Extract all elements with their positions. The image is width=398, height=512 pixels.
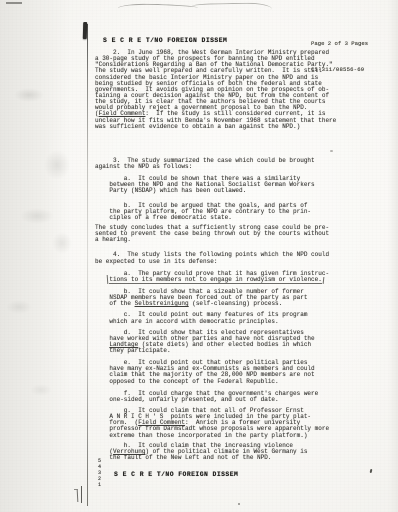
margin-digit-column: 54321 [97,458,102,488]
text-line: against the NPD as follows: [95,164,391,170]
margin-tick-mark [77,489,79,502]
text-segment: the fault of the New Left and not of the… [95,454,271,461]
paragraph-para-4e: e. It could point out that other politic… [95,360,391,385]
page-number-label: Page 2 of 3 Pages [311,40,368,49]
paragraph-para-4c: c. It could point out many features of i… [95,312,391,324]
margin-tick-mark [74,489,78,490]
text-segment: was sufficient evidence to obtain a ban … [95,123,300,130]
scanned-document-page: Page 2 of 3 Pages CS-311/08556-69 S E C … [0,0,398,512]
scan-artifact-line [192,2,272,10]
paragraph-para-4f: f. It could charge that the government's… [95,391,391,403]
text-segment: Party (NSDAP) which has been outlawed. [95,187,246,194]
scan-speck [370,469,373,473]
text-line: of the Selbstreinigung (self-cleansing) … [95,301,391,307]
paragraph-para-4b: b. It could show that a sizeable number … [95,289,391,307]
text-segment: ciples of a free democratic state. [95,214,232,221]
classification-footer: S E C R E T/NO FOREIGN DISSEM [114,471,238,478]
text-line: Party (NSDAP) which has been outlawed. [95,188,391,194]
text-line: one-sided, unfairly presented, and out o… [95,397,391,403]
text-line: ciples of a free democratic state. [95,215,391,221]
paragraph-para-4a: a. The party could prove that it has giv… [95,271,391,283]
text-segment: (self-cleansing) process. [189,300,283,307]
scan-smudge [14,88,44,102]
text-line: the fault of the New Left and not of the… [95,455,391,461]
hand-annotated-text: tions to its members not to engage in ro… [109,276,321,284]
text-segment: which are in accord with democratic prin… [95,318,279,325]
scan-artifact-dash [6,2,22,4]
text-line: opposed to the concept of the Federal Re… [95,379,391,385]
text-line: extreme than those incorporated in the p… [95,433,391,439]
paragraph-para-2: 2. In June 1968, the West German Interio… [95,50,391,130]
scan-smudge [30,384,52,396]
text-segment: a hearing. [95,236,131,243]
paragraph-para-4d: d. It could show that its elected repres… [95,330,391,355]
paragraph-para-4g: g. It could claim that not all of Profes… [95,408,391,439]
paragraph-para-3a: a. It could be shown that there was a si… [95,176,391,194]
scan-smudge [44,150,70,180]
underlined-text: Selbstreinigung [135,300,189,307]
text-line: which are in accord with democratic prin… [95,319,391,325]
scan-smudge [20,208,54,224]
scan-smudge [6,300,32,314]
text-line: be expected to use in its defense: [95,259,391,265]
text-line: they participate. [95,348,391,354]
paragraph-para-conclusion: The study concludes that a sufficiently … [95,225,391,243]
scan-artifact-line [118,3,198,13]
scan-speck [238,503,240,505]
text-segment: opposed to the concept of the Federal Re… [95,378,279,385]
text-line: a hearing. [95,237,391,243]
document-body: 2. In June 1968, the West German Interio… [95,50,391,467]
paragraph-para-4: 4. The study lists the following points … [95,252,391,264]
paragraph-para-3: 3. The study summarized the case which c… [95,158,391,170]
text-segment: of the [95,300,135,307]
margin-tick-mark [81,486,82,503]
page-fold-line [87,24,88,506]
text-segment: extreme than those incorporated in the p… [95,432,307,439]
scan-smudge [52,232,72,254]
margin-pen-stroke [83,22,87,39]
text-line: was sufficient evidence to obtain a ban … [95,124,391,130]
text-segment: one-sided, unfairly presented, and out o… [95,396,279,403]
text-line: tions to its members not to engage in ro… [95,277,391,283]
text-segment: they participate. [95,347,171,354]
classification-header: S E C R E T/NO FOREIGN DISSEM [103,37,227,44]
text-segment: against the NPD as follows: [95,163,192,170]
scan-edge-shadow-left [0,0,70,512]
paragraph-para-3b: b. It could be argued that the goals, an… [95,203,391,221]
text-segment: be expected to use in its defense: [95,258,217,265]
paragraph-para-4h: h. It could claim that the increasing vi… [95,443,391,461]
margin-digit: 1 [97,482,102,488]
